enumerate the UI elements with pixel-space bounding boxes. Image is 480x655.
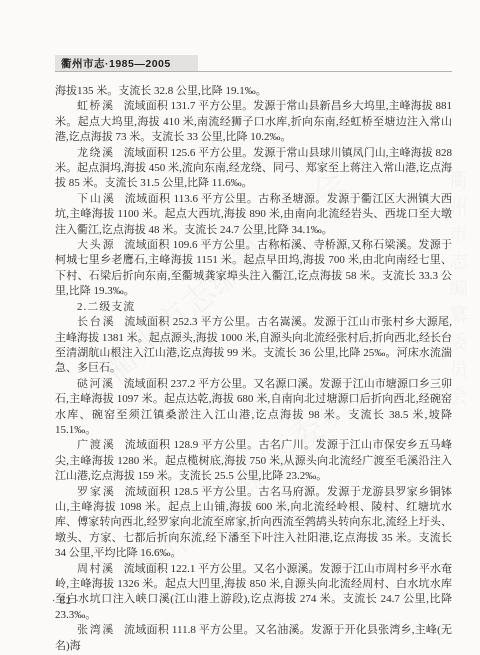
- river-paragraph: 周村溪流域面积 122.1 平方公里。又名小源溪。发源于江山市周村乡平水奄岭,主…: [55, 562, 452, 624]
- header-band: 衢州市志·1985—2005: [55, 55, 198, 71]
- stream-name: 龙绕溪: [77, 147, 115, 159]
- stream-name: 虹桥溪: [77, 100, 115, 112]
- paragraph-text: 海拔135 米。支流长 32.8 公里,比降 19.1‰。: [55, 85, 267, 97]
- body-text: 海拔135 米。支流长 32.8 公里,比降 19.1‰。 虹桥溪流域面积 13…: [55, 84, 452, 654]
- river-paragraph: 龙绕溪流域面积 125.6 平方公里。发源于常山县球川镇凤门山,主峰海拔 828…: [55, 146, 452, 192]
- scanned-book-page: 衢州市志·1985—2005 衢州市志编纂委员会 衢州市志编纂委员会 衢州市志编…: [0, 0, 480, 655]
- stream-name: 广渡溪: [77, 439, 116, 451]
- stream-name: 罗家溪: [77, 486, 116, 498]
- river-paragraph: 广渡溪流域面积 128.9 平方公里。古名广川。发源于江山市保安乡五马峰尖,主峰…: [55, 438, 452, 484]
- stream-name: 周村溪: [77, 563, 115, 575]
- section-heading: 2.二级支流: [55, 300, 452, 315]
- river-paragraph: 罗家溪流域面积 128.5 平方公里。古名马府源。发源于龙游县罗家乡铜钵山,主峰…: [55, 485, 452, 562]
- stream-name: 大头源: [77, 239, 115, 251]
- book-title: 衢州市志·1985—2005: [61, 56, 171, 71]
- stream-name: 鿎河溪: [77, 378, 115, 390]
- stream-name: 长台溪: [77, 316, 115, 328]
- page-number: · 82 ·: [52, 596, 80, 607]
- river-paragraph: 张湾溪流域面积 111.8 平方公里。又名油溪。发源于开化县张湾乡,主峰(无名)…: [55, 623, 452, 654]
- river-paragraph: 长台溪流域面积 252.3 平方公里。古名嵩溪。发源于江山市张村乡大源尾,主峰海…: [55, 315, 452, 377]
- river-paragraph: 大头源流域面积 109.6 平方公里。古称柘溪、寺桥源,又称石梁溪。发源于柯城七…: [55, 238, 452, 300]
- header-rule: [55, 71, 452, 72]
- river-paragraph: 虹桥溪流域面积 131.7 平方公里。发源于常山县新昌乡大坞里,主峰海拔 881…: [55, 99, 452, 145]
- river-paragraph: 鿎河溪流域面积 237.2 平方公里。又名源口溪。发源于江山市塘源口乡三卯石,主…: [55, 377, 452, 439]
- stream-name: 下山溪: [77, 193, 116, 205]
- river-paragraph: 下山溪流域面积 113.6 平方公里。古称圣塘源。发源于衢江区大洲镇大西坑,主峰…: [55, 192, 452, 238]
- paragraph-continuation: 海拔135 米。支流长 32.8 公里,比降 19.1‰。: [55, 84, 452, 99]
- stream-name: 张湾溪: [77, 624, 115, 636]
